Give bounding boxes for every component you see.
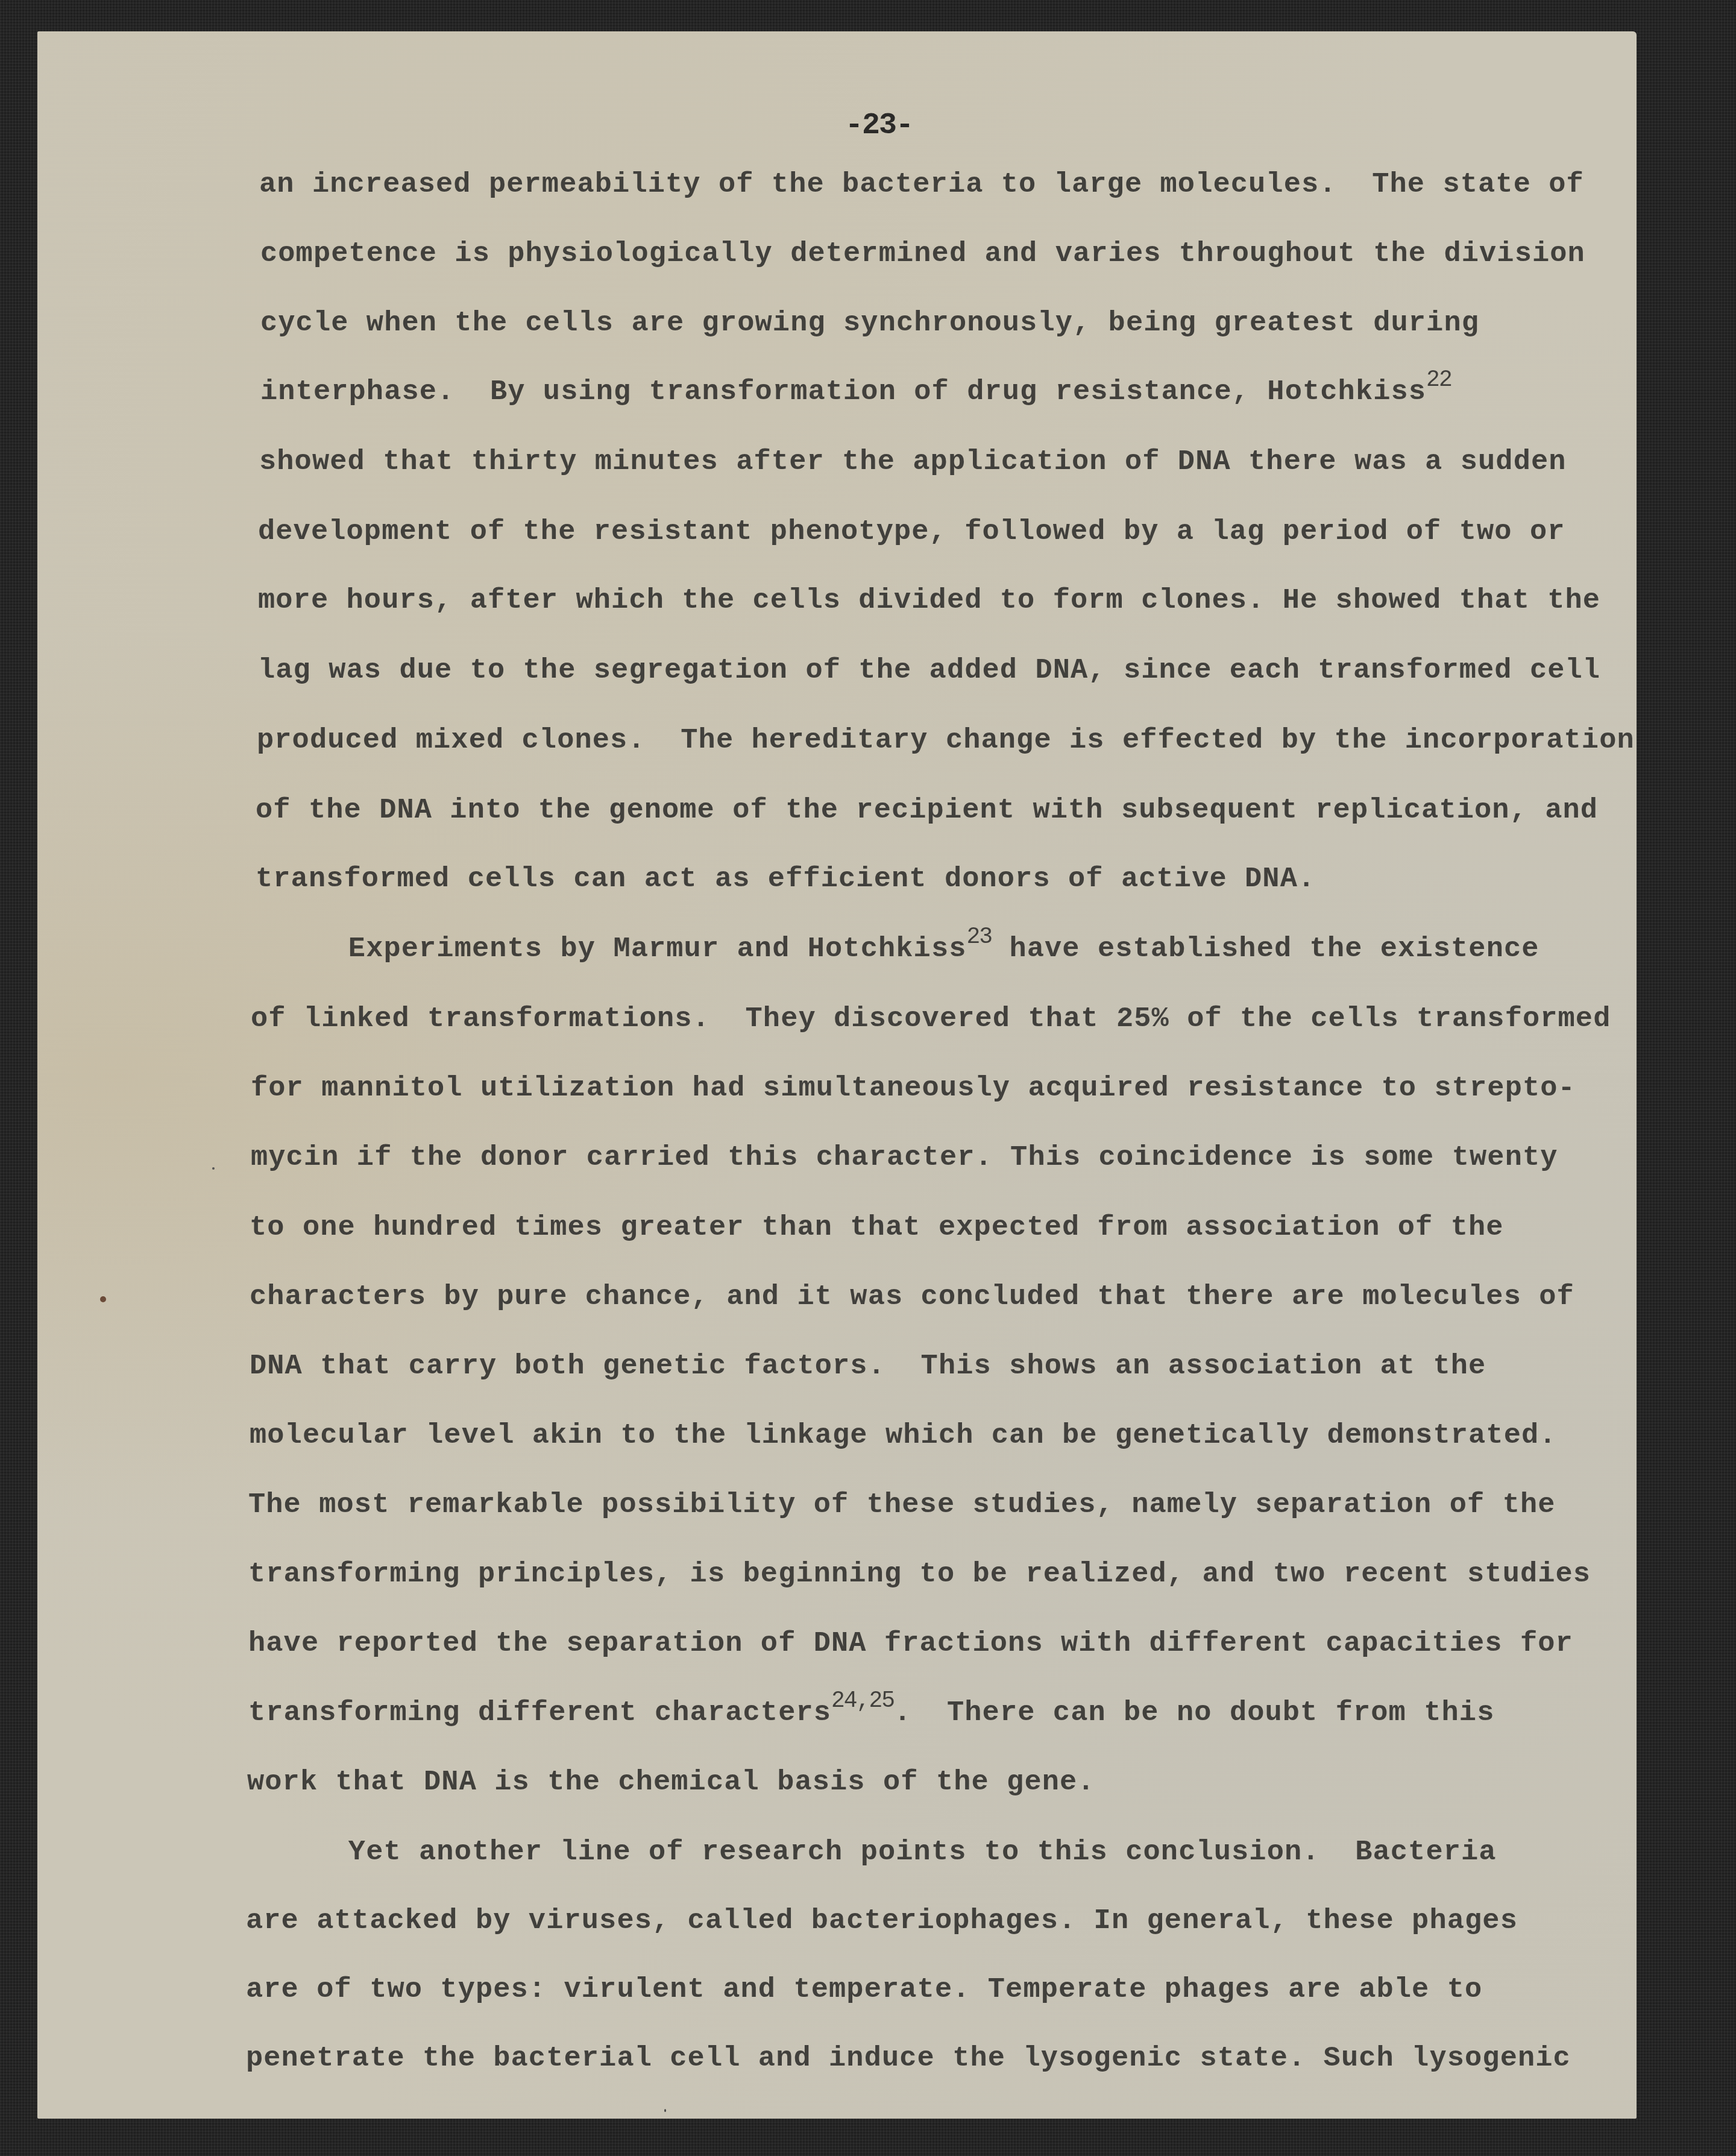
text-line: cycle when the cells are growing synchro… <box>260 307 1479 339</box>
text-line: molecular level akin to the linkage whic… <box>250 1420 1557 1452</box>
document-page: -23- an increased permeability of the ba… <box>37 31 1637 2119</box>
text-line: Experiments by Marmur and Hotchkiss23 ha… <box>242 933 1539 965</box>
text-line: DNA that carry both genetic factors. Thi… <box>250 1351 1486 1382</box>
footnote-ref: 24,25 <box>831 1688 894 1714</box>
text-line: transforming different characters24,25. … <box>248 1697 1494 1729</box>
paper-speck <box>100 1296 106 1302</box>
text-line: mycin if the donor carried this characte… <box>251 1142 1558 1174</box>
text-line: characters by pure chance, and it was co… <box>250 1281 1574 1313</box>
text-line: The most remarkable possibility of these… <box>248 1489 1556 1521</box>
text-line: have reported the separation of DNA frac… <box>248 1628 1573 1660</box>
footnote-ref: 23 <box>967 924 992 950</box>
paper-speck <box>212 1167 215 1170</box>
text-line: more hours, after which the cells divide… <box>258 585 1600 617</box>
text-line: transforming principles, is beginning to… <box>248 1559 1591 1590</box>
text-line: produced mixed clones. The hereditary ch… <box>257 725 1635 757</box>
text-line: competence is physiologically determined… <box>260 238 1585 270</box>
text-line: are attacked by viruses, called bacterio… <box>246 1905 1518 1937</box>
text-line: for mannitol utilization had simultaneou… <box>251 1073 1576 1105</box>
text-line: Yet another line of research points to t… <box>242 1836 1497 1868</box>
text-line: transformed cells can act as efficient d… <box>256 863 1315 895</box>
text-line: work that DNA is the chemical basis of t… <box>247 1767 1095 1798</box>
footnote-ref: 22 <box>1426 367 1451 393</box>
text-line: penetrate the bacterial cell and induce … <box>246 2043 1571 2075</box>
text-line: showed that thirty minutes after the app… <box>259 446 1567 478</box>
page-number: -23- <box>845 109 913 143</box>
text-line: an increased permeability of the bacteri… <box>259 169 1584 201</box>
text-line: to one hundred times greater than that e… <box>250 1212 1504 1244</box>
text-line: interphase. By using transformation of d… <box>260 376 1451 408</box>
text-line: development of the resistant phenotype, … <box>258 516 1565 548</box>
text-line: of linked transformations. They discover… <box>251 1003 1611 1035</box>
text-line: are of two types: virulent and temperate… <box>246 1974 1482 2006</box>
paper-speck <box>664 2109 666 2112</box>
text-line: lag was due to the segregation of the ad… <box>258 655 1600 687</box>
text-line: of the DNA into the genome of the recipi… <box>256 795 1598 827</box>
